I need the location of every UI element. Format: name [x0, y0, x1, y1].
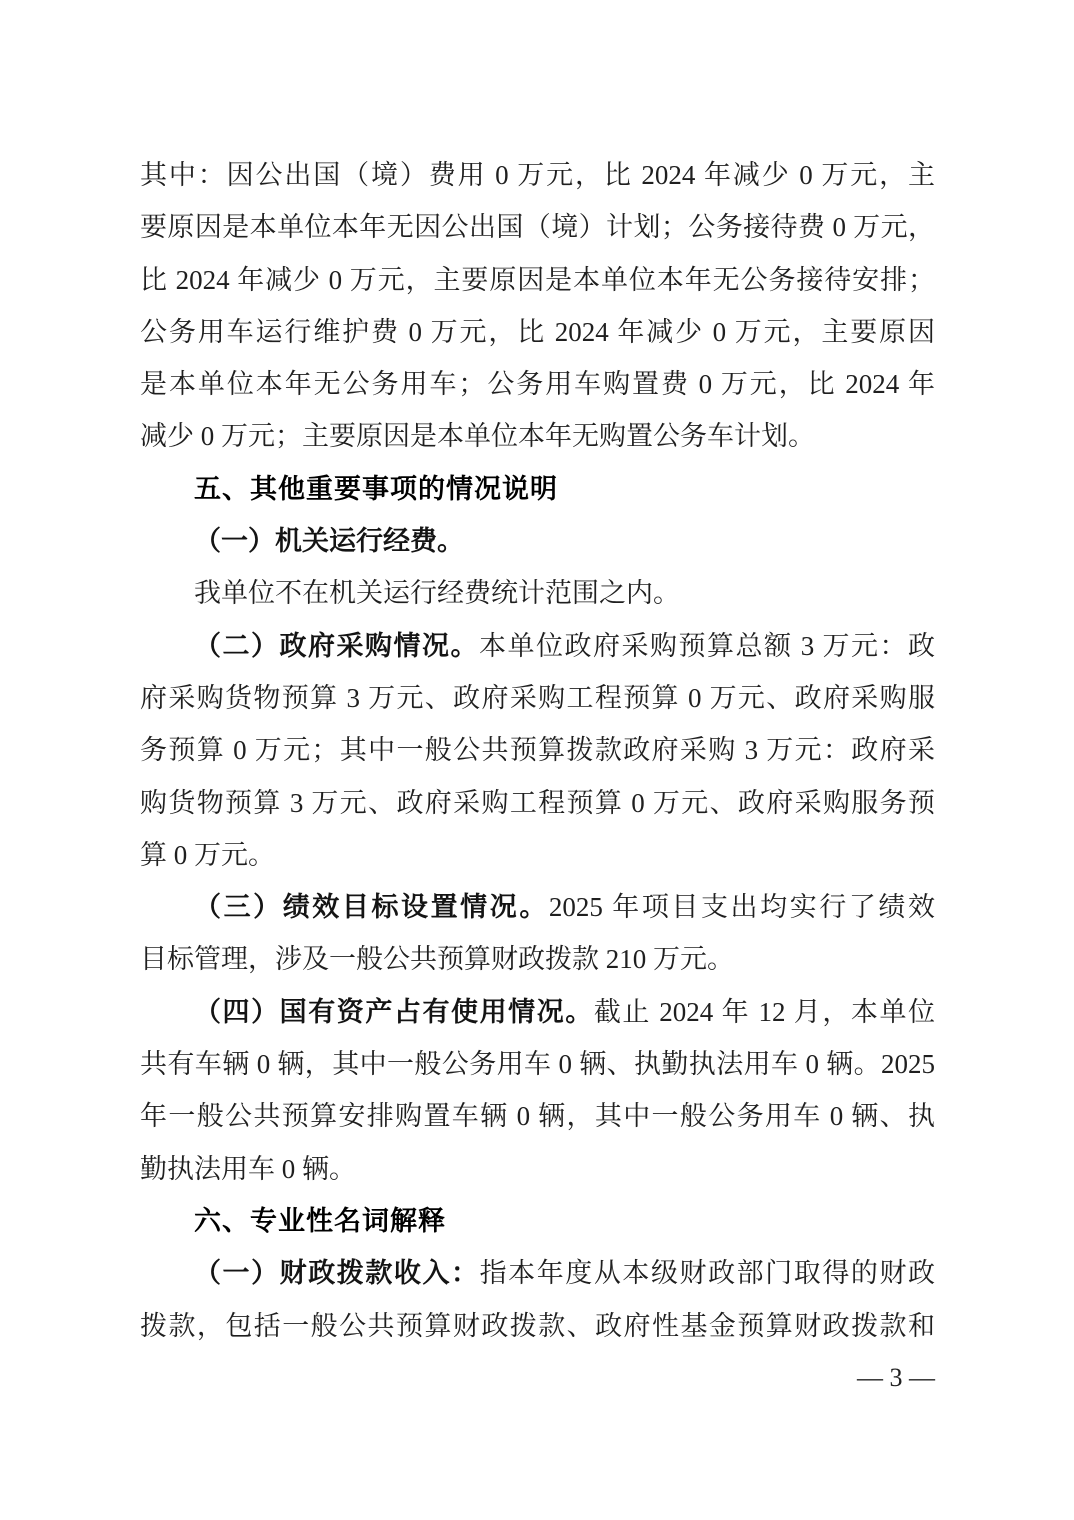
body-line: 勤执法用车 0 辆。	[140, 1143, 935, 1195]
subsection-heading-line: （二）政府采购情况。本单位政府采购预算总额 3 万元：政	[140, 620, 935, 672]
subsection-heading: （一）机关运行经费。	[140, 515, 935, 567]
line-bold-segment: （二）政府采购情况。	[194, 631, 479, 661]
line-text-segment: 购货物预算 3 万元、政府采购工程预算 0 万元、政府采购服务预	[140, 788, 935, 818]
body-line: 府采购货物预算 3 万元、政府采购工程预算 0 万元、政府采购服	[140, 672, 935, 724]
line-text-segment: 指本年度从本级财政部门取得的财政	[480, 1258, 935, 1288]
body-line: 要原因是本单位本年无因公出国（境）计划；公务接待费 0 万元，	[140, 201, 935, 253]
body-line: 购货物预算 3 万元、政府采购工程预算 0 万元、政府采购服务预	[140, 777, 935, 829]
text-block: 其中：因公出国（境）费用 0 万元，比 2024 年减少 0 万元，主 要原因是…	[140, 149, 935, 1404]
subsection-heading-line: （一）财政拨款收入：指本年度从本级财政部门取得的财政	[140, 1247, 935, 1299]
section-heading-text: 六、专业性名词解释	[194, 1206, 446, 1236]
line-bold-segment: （一）财政拨款收入：	[194, 1258, 480, 1288]
line-text-segment: 其中：因公出国（境）费用 0 万元，比 2024 年减少 0 万元，主	[140, 160, 935, 190]
line-text-segment: 公务用车运行维护费 0 万元，比 2024 年减少 0 万元，主要原因	[140, 317, 935, 347]
body-line: 比 2024 年减少 0 万元，主要原因是本单位本年无公务接待安排；	[140, 254, 935, 306]
page-number: — 3 —	[140, 1352, 935, 1404]
document-page: 其中：因公出国（境）费用 0 万元，比 2024 年减少 0 万元，主 要原因是…	[0, 0, 1074, 1520]
line-bold-segment: （一）机关运行经费。	[194, 526, 464, 556]
line-text-segment: 2025 年项目支出均实行了绩效	[549, 892, 935, 922]
section-heading-5: 五、其他重要事项的情况说明	[140, 463, 935, 515]
line-text-segment: 截止 2024 年 12 月，本单位	[594, 997, 935, 1027]
line-text-segment: 要原因是本单位本年无因公出国（境）计划；公务接待费 0 万元，	[140, 212, 935, 242]
subsection-heading-line: （四）国有资产占有使用情况。截止 2024 年 12 月，本单位	[140, 986, 935, 1038]
body-line: 是本单位本年无公务用车；公务用车购置费 0 万元，比 2024 年	[140, 358, 935, 410]
line-bold-segment: （三）绩效目标设置情况。	[194, 892, 549, 922]
line-text-segment: 我单位不在机关运行经费统计范围之内。	[194, 578, 680, 608]
line-text-segment: 勤执法用车 0 辆。	[140, 1154, 356, 1184]
line-text-segment: 减少 0 万元；主要原因是本单位本年无购置公务车计划。	[140, 421, 815, 451]
body-line: 务预算 0 万元；其中一般公共预算拨款政府采购 3 万元：政府采	[140, 724, 935, 776]
line-text-segment: 本单位政府采购预算总额 3 万元：政	[479, 631, 935, 661]
subsection-heading-line: （三）绩效目标设置情况。2025 年项目支出均实行了绩效	[140, 881, 935, 933]
section-heading-text: 五、其他重要事项的情况说明	[194, 474, 558, 504]
body-line: 拨款，包括一般公共预算财政拨款、政府性基金预算财政拨款和	[140, 1300, 935, 1352]
line-text-segment: 算 0 万元。	[140, 840, 275, 870]
line-text-segment: 共有车辆 0 辆，其中一般公务用车 0 辆、执勤执法用车 0 辆。2025	[140, 1049, 935, 1079]
line-text-segment: 比 2024 年减少 0 万元，主要原因是本单位本年无公务接待安排；	[140, 265, 935, 295]
line-text-segment: 年一般公共预算安排购置车辆 0 辆，其中一般公务用车 0 辆、执	[140, 1101, 935, 1131]
page-number-text: — 3 —	[857, 1363, 935, 1392]
body-line: 公务用车运行维护费 0 万元，比 2024 年减少 0 万元，主要原因	[140, 306, 935, 358]
line-bold-segment: （四）国有资产占有使用情况。	[194, 997, 594, 1027]
body-line: 其中：因公出国（境）费用 0 万元，比 2024 年减少 0 万元，主	[140, 149, 935, 201]
body-line: 目标管理，涉及一般公共预算财政拨款 210 万元。	[140, 933, 935, 985]
body-line: 我单位不在机关运行经费统计范围之内。	[140, 567, 935, 619]
line-text-segment: 府采购货物预算 3 万元、政府采购工程预算 0 万元、政府采购服	[140, 683, 935, 713]
line-text-segment: 目标管理，涉及一般公共预算财政拨款 210 万元。	[140, 944, 734, 974]
line-text-segment: 是本单位本年无公务用车；公务用车购置费 0 万元，比 2024 年	[140, 369, 935, 399]
body-line: 年一般公共预算安排购置车辆 0 辆，其中一般公务用车 0 辆、执	[140, 1090, 935, 1142]
section-heading-6: 六、专业性名词解释	[140, 1195, 935, 1247]
line-text-segment: 拨款，包括一般公共预算财政拨款、政府性基金预算财政拨款和	[140, 1311, 935, 1341]
line-text-segment: 务预算 0 万元；其中一般公共预算拨款政府采购 3 万元：政府采	[140, 735, 935, 765]
body-line: 算 0 万元。	[140, 829, 935, 881]
body-line: 减少 0 万元；主要原因是本单位本年无购置公务车计划。	[140, 410, 935, 462]
body-line: 共有车辆 0 辆，其中一般公务用车 0 辆、执勤执法用车 0 辆。2025	[140, 1038, 935, 1090]
